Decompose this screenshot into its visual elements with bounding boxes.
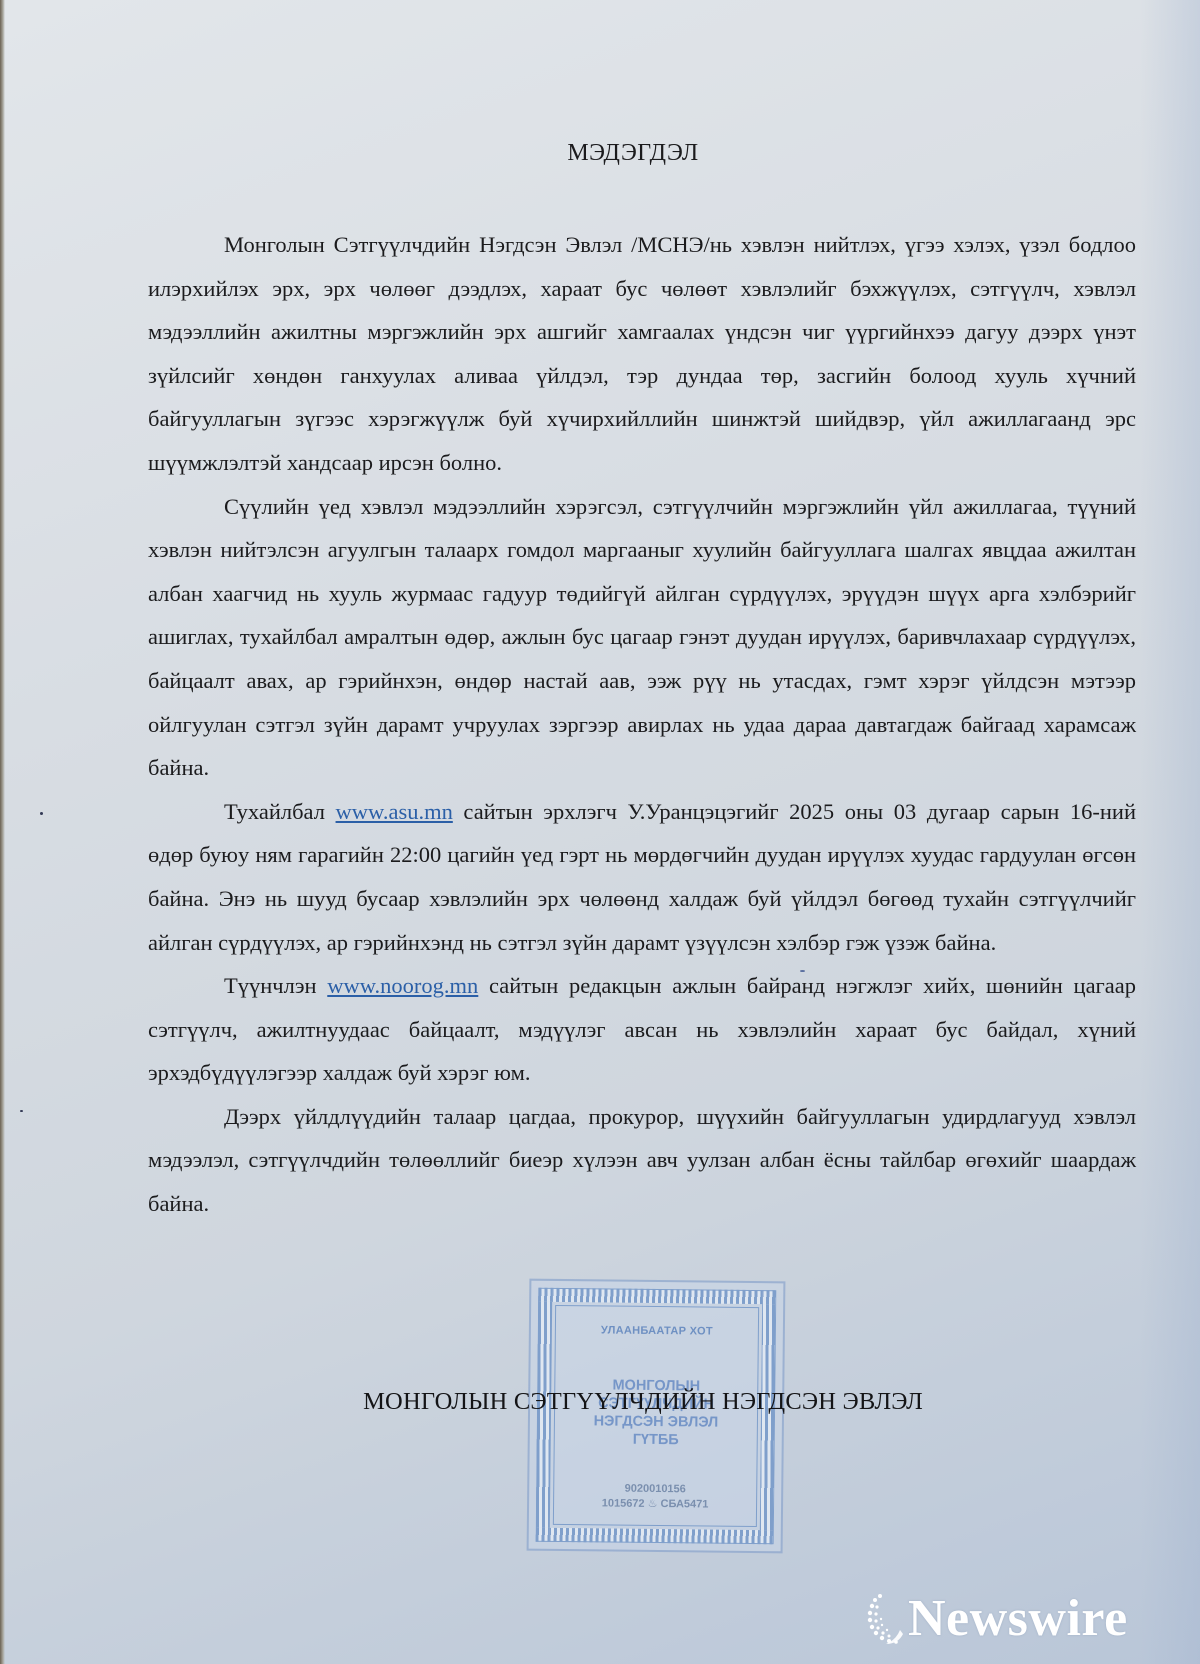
official-stamp: УЛААНБААТАР ХОТ МОНГОЛЫН СЭТГҮҮЛЧДИЙН НЭ…: [527, 1279, 786, 1554]
paragraph-5: Дээрх үйлдлүүдийн талаар цагдаа, прокуро…: [148, 1095, 1136, 1226]
stamp-serial-code: 1015672 ♨ СБА5471: [554, 1496, 756, 1511]
paragraph-4: Түүнчлэн www.noorog.mn сайтын редакцын а…: [148, 964, 1136, 1095]
asu-link[interactable]: www.asu.mn: [336, 799, 453, 824]
page-title: МЭДЭГДЭЛ: [0, 140, 1200, 167]
stamp-registration-code: 9020010156: [554, 1482, 756, 1496]
stamp-org-line: ГҮТББ: [555, 1430, 757, 1450]
paragraph-4-lead: Түүнчлэн: [224, 973, 327, 998]
globe-dots-icon: [866, 1590, 906, 1646]
paragraph-3-lead: Тухайлбал: [224, 799, 336, 824]
stamp-content: УЛААНБААТАР ХОТ МОНГОЛЫН СЭТГҮҮЛЧДИЙН НЭ…: [553, 1305, 759, 1527]
newswire-logo-text: Newswire: [908, 1589, 1128, 1648]
paper-shadow: [1140, 0, 1200, 1664]
paragraph-1: Монголын Сэтгүүлчдийн Нэгдсэн Эвлэл /МСН…: [148, 223, 1136, 485]
paragraph-3: Тухайлбал www.asu.mn сайтын эрхлэгч У.Ур…: [148, 790, 1136, 964]
scan-edge: [0, 0, 5, 1664]
paragraph-2: Сүүлийн үед хэвлэл мэдээллийн хэрэгсэл, …: [148, 485, 1136, 790]
signature-organization: МОНГОЛЫН СЭТГҮҮЛЧДИЙН НЭГДСЭН ЭВЛЭЛ: [348, 1388, 938, 1416]
noorog-link[interactable]: www.noorog.mn: [327, 973, 478, 998]
document-body: Монголын Сэтгүүлчдийн Нэгдсэн Эвлэл /МСН…: [148, 223, 1136, 1226]
newswire-watermark: Newswire: [866, 1586, 1128, 1650]
stamp-city: УЛААНБААТАР ХОТ: [556, 1324, 758, 1338]
